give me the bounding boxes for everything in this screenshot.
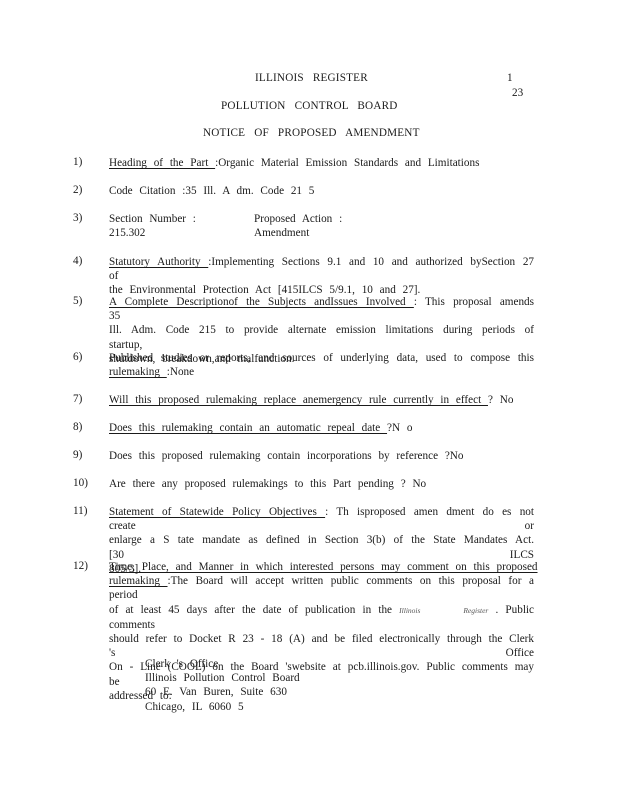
item-label: Statutory Authority xyxy=(109,256,208,268)
item-number: 10) xyxy=(73,477,88,489)
item-text: ?N o xyxy=(387,422,412,434)
illinois-register-title: Register xyxy=(463,606,488,615)
address-line: Illinois Pollution Control Board xyxy=(145,671,300,685)
item-label: Does this rulemaking contain an automati… xyxy=(109,422,387,434)
item-label: Will this proposed rulemaking replace an… xyxy=(109,394,488,406)
item-emergency-rule: Will this proposed rulemaking replace an… xyxy=(109,393,534,407)
mailing-address: Clerk 's Office Illinois Pollution Contr… xyxy=(145,657,300,714)
address-line: Clerk 's Office xyxy=(145,657,300,671)
item-number: 2) xyxy=(73,184,82,196)
item-label: Heading of the Part xyxy=(109,157,215,169)
item-number: 1) xyxy=(73,156,82,168)
item-number: 4) xyxy=(73,255,82,267)
proposed-action-block: Proposed Action : Amendment xyxy=(254,212,342,240)
item-number: 8) xyxy=(73,421,82,433)
item-number: 11) xyxy=(73,505,88,517)
item-number: 7) xyxy=(73,393,82,405)
item-published-studies: Published studies or reports, and source… xyxy=(109,351,534,379)
item-text: :Organic Material Emission Standards and… xyxy=(215,157,479,169)
item-label: rulemaking xyxy=(109,575,168,587)
item-number: 12) xyxy=(73,560,88,572)
item-number: 5) xyxy=(73,295,82,307)
address-line: Chicago, IL 6060 5 xyxy=(145,700,300,714)
item-text: Published studies or reports, and source… xyxy=(109,351,534,365)
register-title: ILLINOIS REGISTER xyxy=(255,72,368,84)
section-number-value: 215.302 xyxy=(109,226,196,240)
item-statutory-authority: Statutory Authority :Implementing Sectio… xyxy=(109,255,534,298)
item-text: :The Board will accept written public co… xyxy=(109,575,534,601)
item-text: Are there any proposed rulemakings to th… xyxy=(109,477,534,491)
board-title: POLLUTION CONTROL BOARD xyxy=(221,100,398,112)
address-line: 60 E. Van Buren, Suite 630 xyxy=(145,685,300,699)
item-number: 6) xyxy=(73,351,82,363)
item-text: Ill. Adm. Code 215 to provide alternate … xyxy=(109,323,534,351)
item-label: rulemaking xyxy=(109,366,167,378)
item-heading-of-part: Heading of the Part :Organic Material Em… xyxy=(109,156,534,170)
item-label: Statement of Statewide Policy Objectives xyxy=(109,506,325,518)
item-text: Does this proposed rulemaking contain in… xyxy=(109,449,534,463)
item-repeal-date: Does this rulemaking contain an automati… xyxy=(109,421,534,435)
item-label: Time, Place, and Manner in which interes… xyxy=(109,561,538,573)
proposed-action-value: Amendment xyxy=(254,226,342,240)
item-code-citation: Code Citation :35 Ill. A dm. Code 21 5 xyxy=(109,184,534,198)
section-number-label: Section Number : xyxy=(109,212,196,226)
item-text: ? No xyxy=(488,394,513,406)
item-number: 9) xyxy=(73,449,82,461)
item-pending-rulemakings: Are there any proposed rulemakings to th… xyxy=(109,477,534,491)
section-number-block: Section Number : 215.302 xyxy=(109,212,196,240)
page-number: 1 xyxy=(507,72,513,84)
item-text: enlarge a S tate mandate as defined in S… xyxy=(109,533,534,561)
notice-title: NOTICE OF PROPOSED AMENDMENT xyxy=(203,127,420,139)
item-label: A Complete Descriptionof the Subjects an… xyxy=(109,296,414,308)
item-text: of at least 45 days after the date of pu… xyxy=(109,604,399,616)
volume-number: 23 xyxy=(512,87,523,99)
item-text: Code Citation :35 Ill. A dm. Code 21 5 xyxy=(109,184,534,198)
illinois-register-title: Illinois xyxy=(399,606,420,615)
proposed-action-label: Proposed Action : xyxy=(254,212,342,226)
item-text: :None xyxy=(167,366,194,378)
item-number: 3) xyxy=(73,212,82,224)
item-incorporations: Does this proposed rulemaking contain in… xyxy=(109,449,534,463)
